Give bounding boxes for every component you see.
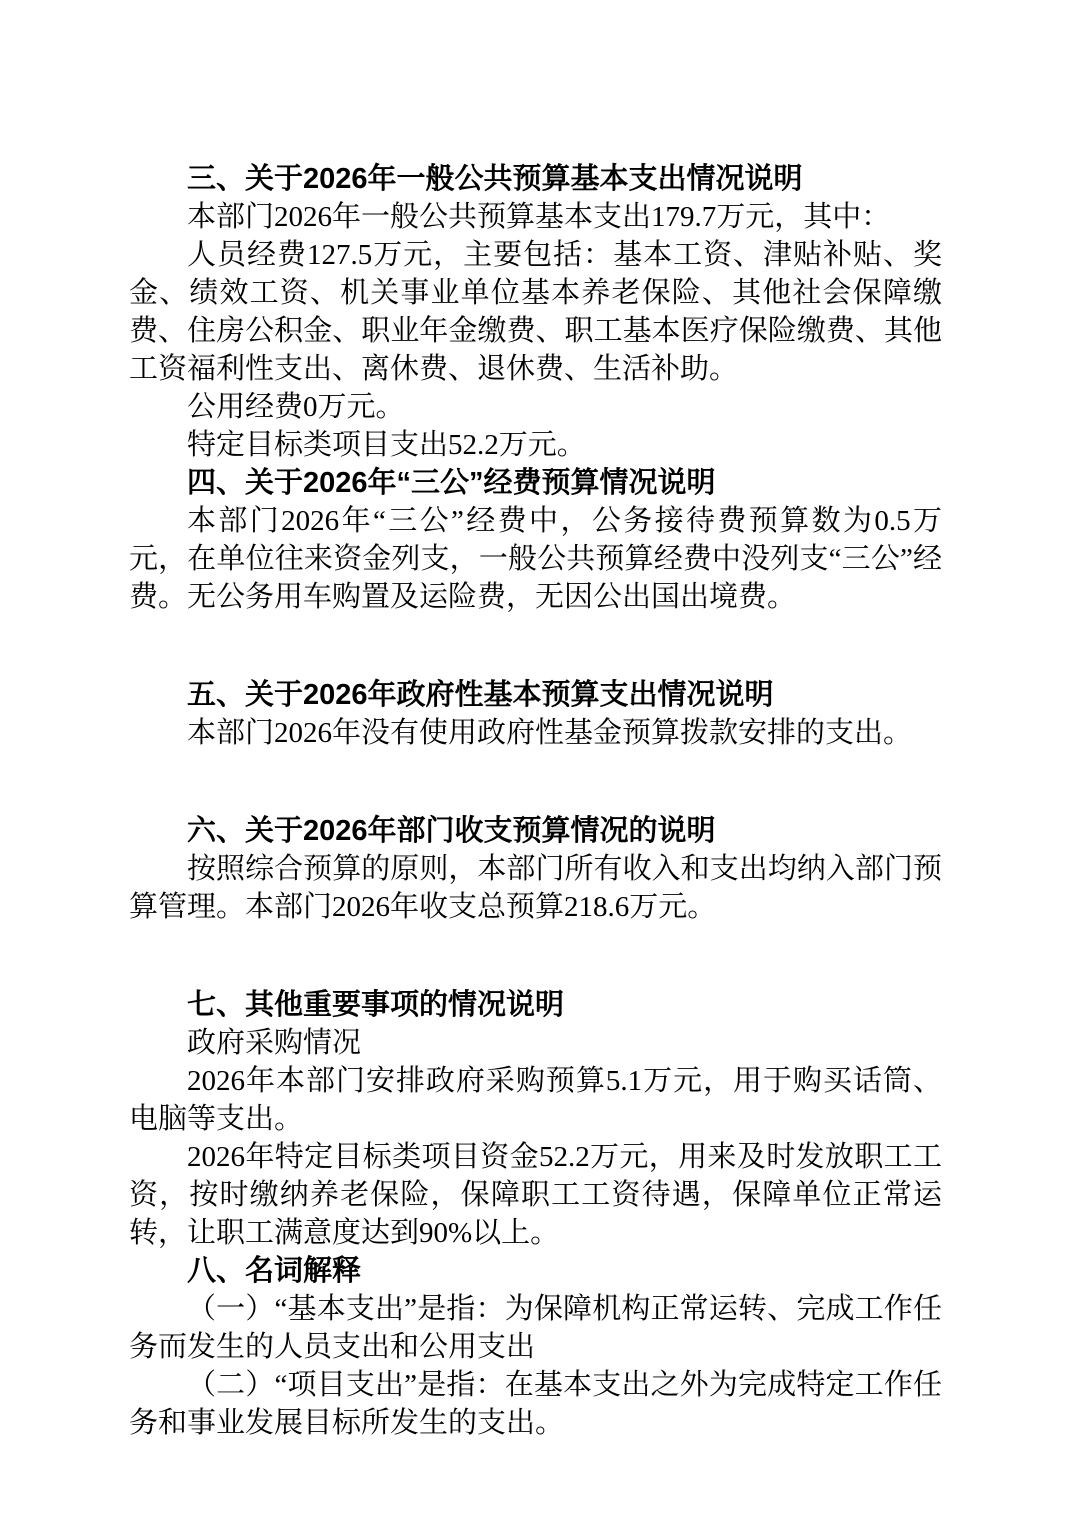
body-paragraph: 本部门2026年“三公”经费中，公务接待费预算数为0.5万元，在单位往来资金列支… [129, 502, 942, 616]
section-heading: 七、其他重要事项的情况说明 [129, 986, 942, 1024]
section-heading: 六、关于2026年部门收支预算情况的说明 [129, 812, 942, 850]
body-paragraph: 2026年特定目标类项目资金52.2万元，用来及时发放职工工资，按时缴纳养老保险… [129, 1138, 942, 1252]
body-paragraph: 特定目标类项目支出52.2万元。 [129, 426, 942, 464]
body-paragraph: 2026年本部门安排政府采购预算5.1万元，用于购买话筒、电脑等支出。 [129, 1062, 942, 1138]
body-paragraph: （二）“项目支出”是指：在基本支出之外为完成特定工作任务和事业发展目标所发生的支… [129, 1366, 942, 1442]
body-paragraph: 本部门2026年没有使用政府性基金预算拨款安排的支出。 [129, 714, 942, 752]
section-heading: 四、关于2026年“三公”经费预算情况说明 [129, 464, 942, 502]
body-paragraph: 本部门2026年一般公共预算基本支出179.7万元，其中： [129, 198, 942, 236]
section-heading: 八、名词解释 [129, 1252, 942, 1290]
blank-line [129, 942, 942, 970]
document-page: 三、关于2026年一般公共预算基本支出情况说明本部门2026年一般公共预算基本支… [0, 0, 1069, 1514]
body-paragraph: 公用经费0万元。 [129, 388, 942, 426]
document-content: 三、关于2026年一般公共预算基本支出情况说明本部门2026年一般公共预算基本支… [129, 160, 942, 1442]
blank-line [129, 768, 942, 796]
body-paragraph: （一）“基本支出”是指：为保障机构正常运转、完成工作任务而发生的人员支出和公用支… [129, 1290, 942, 1366]
body-paragraph: 人员经费127.5万元，主要包括：基本工资、津贴补贴、奖金、绩效工资、机关事业单… [129, 236, 942, 388]
body-paragraph: 按照综合预算的原则，本部门所有收入和支出均纳入部门预算管理。本部门2026年收支… [129, 850, 942, 926]
blank-line [129, 632, 942, 660]
section-heading: 五、关于2026年政府性基本预算支出情况说明 [129, 676, 942, 714]
section-heading: 三、关于2026年一般公共预算基本支出情况说明 [129, 160, 942, 198]
body-paragraph: 政府采购情况 [129, 1024, 942, 1062]
